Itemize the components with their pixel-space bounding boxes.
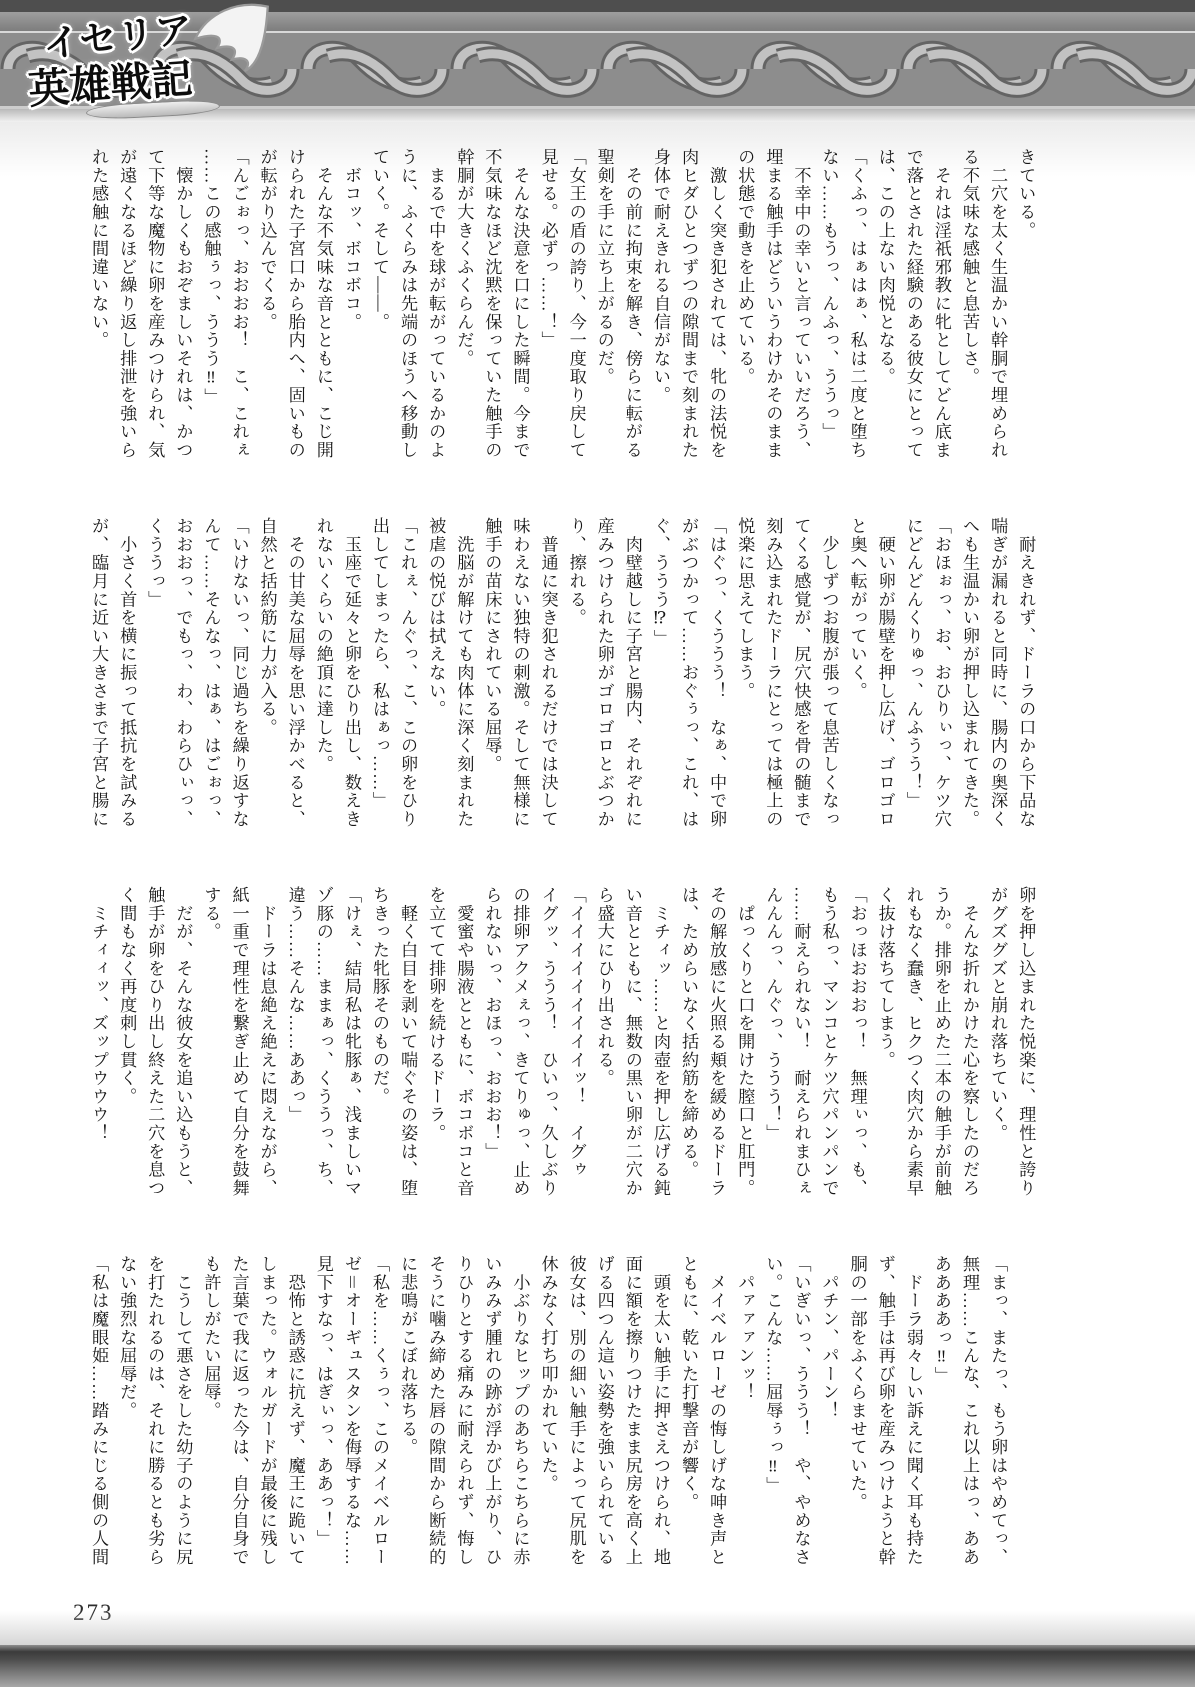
text-column: こうして悪さをした幼子のように尻 xyxy=(168,1255,196,1593)
text-column: を立てて排卵を続けるドーラ。 xyxy=(421,886,449,1224)
text-column: 「いけないっ、同じ過ちを繰り返すな xyxy=(224,517,252,855)
text-column: そんな決意を口にした瞬間。今まで xyxy=(505,148,533,486)
text-column: ぱっくりと口を開けた膣口と肛門。 xyxy=(730,886,758,1224)
text-column: うに、ふくらみは先端のほうへ移動し xyxy=(393,148,421,486)
text-column: 「まっ、またっ、もう卵はやめてっ、 xyxy=(983,1255,1011,1593)
text-column: 被虐の悦びは拭えない。 xyxy=(421,517,449,855)
text-column: だが、そんな彼女を追い込もうと、 xyxy=(168,886,196,1224)
text-band-4: 「まっ、またっ、もう卵はやめてっ、無理……こんな、これ以上はっ、ああああああっ‼… xyxy=(84,1255,1011,1593)
text-column: て下等な魔物に卵を産みつけられ、気 xyxy=(140,148,168,486)
text-column: 刻み込まれたドーラにとっては極上の xyxy=(758,517,786,855)
text-column: 肉ヒダひとつずつの隙間まで刻まれた xyxy=(674,148,702,486)
text-column: 少しずつお腹が張って息苦しくなっ xyxy=(814,517,842,855)
text-column: ドーラ弱々しい訴えに聞く耳も持た xyxy=(899,1255,927,1593)
text-column: ゾ豚の……ままぁっ、くううっ、ち、 xyxy=(309,886,337,1224)
text-column: 彼女は、別の細い触手によって尻肌を xyxy=(562,1255,590,1593)
text-column: その解放感に火照る頬を緩めるドーラ xyxy=(702,886,730,1224)
text-column: り、擦れる。 xyxy=(562,517,590,855)
text-column: 味わえない独特の刺激。そして無様に xyxy=(505,517,533,855)
text-column: 無理……こんな、これ以上はっ、ああ xyxy=(955,1255,983,1593)
text-column: くううっ」 xyxy=(140,517,168,855)
text-column: ていく。そして――。 xyxy=(365,148,393,486)
text-column: 「これぇ、んぐっ、こ、この卵をひり xyxy=(393,517,421,855)
text-column: 「けぇ、結局私は牝豚ぁ、浅ましいマ xyxy=(337,886,365,1224)
text-column: ……この感触ぅっ、ううう‼」 xyxy=(196,148,224,486)
text-column: る不気味な感触と息苦しさ。 xyxy=(955,148,983,486)
text-column: それは淫祇邪教に牝としてどん底ま xyxy=(927,148,955,486)
text-column: 身体で耐えきれる自信がない。 xyxy=(646,148,674,486)
text-column: 耐えきれず、ドーラの口から下品な xyxy=(1011,517,1039,855)
text-column: ボコッ、ボコボコ。 xyxy=(337,148,365,486)
text-column: もう私っ、マンコとケツ穴パンパンで xyxy=(814,886,842,1224)
text-column: 「女王の盾の誇り、今一度取り戻して xyxy=(562,148,590,486)
text-column: 「おっほおおおっ！ 無理ぃっ、も、 xyxy=(843,886,871,1224)
text-column: しまった。ウォルガードが最後に残し xyxy=(253,1255,281,1593)
text-column: メイベルローゼの悔しげな呻き声と xyxy=(702,1255,730,1593)
text-band-3: 卵を押し込まれた悦楽に、理性と誇りがグズグズと崩れ落ちていく。 そんな折れかけた… xyxy=(84,886,1039,1224)
text-column: 二穴を太く生温かい幹胴で埋められ xyxy=(983,148,1011,486)
text-column: 硬い卵が腸壁を押し広げ、ゴロゴロ xyxy=(871,517,899,855)
text-column: まるで中を球が転がっているかのよ xyxy=(421,148,449,486)
text-column: の状態で動きを止めている。 xyxy=(730,148,758,486)
text-column: 愛蜜や腸液とともに、ボコボコと音 xyxy=(449,886,477,1224)
text-column: 普通に突き犯されるだけでは決して xyxy=(534,517,562,855)
text-column: 紙一重で理性を繋ぎ止めて自分を鼓舞 xyxy=(224,886,252,1224)
text-column: い音とともに、無数の黒い卵が二穴か xyxy=(618,886,646,1224)
text-column: ない強烈な屈辱だ。 xyxy=(112,1255,140,1593)
text-column: その甘美な屈辱を思い浮かべると、 xyxy=(281,517,309,855)
text-column: が遠くなるほど繰り返し排泄を強いら xyxy=(112,148,140,486)
text-column: いみみず腫れの跡が浮かび上がり、ひ xyxy=(477,1255,505,1593)
text-column: そんな折れかけた心を察したのだろ xyxy=(955,886,983,1224)
text-column: 出してしまったら、私はぁっ……」 xyxy=(365,517,393,855)
text-column: も許しがたい屈辱。 xyxy=(196,1255,224,1593)
text-column: 見下すなっ、はぎぃっ、ああっ！」 xyxy=(309,1255,337,1593)
text-column: れた感触に間違いない。 xyxy=(84,148,112,486)
text-column: その前に拘束を解き、傍らに転がる xyxy=(618,148,646,486)
text-column: の排卵アクメぇっ、きてりゅっ、止め xyxy=(505,886,533,1224)
text-column: ……耐えられない！ 耐えられまひぇ xyxy=(786,886,814,1224)
text-column: く間もなく再度刺し貫く。 xyxy=(112,886,140,1224)
text-column: 「私は魔眼姫……踏みにじる側の人間 xyxy=(84,1255,112,1593)
text-column: 小さく首を横に振って抵抗を試みる xyxy=(112,517,140,855)
text-column: は、ためらいなく括約筋を締める。 xyxy=(674,886,702,1224)
text-column: んて……そんなっ、はぁ、はごぉっ、 xyxy=(196,517,224,855)
text-column: を打たれるのは、それに勝るとも劣ら xyxy=(140,1255,168,1593)
text-column: 「はぐっ、くううう！ なぁ、中で卵 xyxy=(702,517,730,855)
text-band-1: きている。 二穴を太く生温かい幹胴で埋められる不気味な感触と息苦しさ。 それは淫… xyxy=(84,148,1039,486)
text-column: に悲鳴がこぼれ落ちる。 xyxy=(393,1255,421,1593)
text-column: 玉座で延々と卵をひり出し、数えき xyxy=(337,517,365,855)
text-column: は、この上ない肉悦となる。 xyxy=(871,148,899,486)
text-band-2: 耐えきれず、ドーラの口から下品な喘ぎが漏れると同時に、腸内の奥深くへも生温かい卵… xyxy=(84,517,1039,855)
text-column: パチン、パーン！ xyxy=(814,1255,842,1593)
text-column: 「んごぉっ、おおおお！ こ、これぇ xyxy=(224,148,252,486)
text-column: ともに、乾いた打撃音が響く。 xyxy=(674,1255,702,1593)
text-column: おおおっ、でもっ、わ、わらひぃっ、 xyxy=(168,517,196,855)
text-column: 懐かしくもおぞましいそれは、かつ xyxy=(168,148,196,486)
text-column: ら盛大にひり出される。 xyxy=(590,886,618,1224)
text-column: ドーラは息絶え絶えに悶えながら、 xyxy=(253,886,281,1224)
text-column: 軽く白目を剥いて喘ぐその姿は、堕 xyxy=(393,886,421,1224)
text-column: ああああっ‼」 xyxy=(927,1255,955,1593)
text-column: けられた子宮口から胎内へ、固いもの xyxy=(281,148,309,486)
text-column: 休みなく打ち叩かれていた。 xyxy=(534,1255,562,1593)
text-column: ゼ＝オーギュスタンを侮辱するな…… xyxy=(337,1255,365,1593)
text-column: が、臨月に近い大きさまで子宮と腸に xyxy=(84,517,112,855)
text-column: うか。排卵を止めた二本の触手が前触 xyxy=(927,886,955,1224)
text-column: られないっ、おほっ、おおお！」 xyxy=(477,886,505,1224)
text-column: へも生温かい卵が押し込まれてきた。 xyxy=(955,517,983,855)
text-column: ず、触手は再び卵を産みつけようと幹 xyxy=(871,1255,899,1593)
text-column: れもなく蠢き、ヒクつく肉穴から素早 xyxy=(899,886,927,1224)
text-column: 違う……そんな……ああっ」 xyxy=(281,886,309,1224)
text-column: 幹胴が大きくふくらんだ。 xyxy=(449,148,477,486)
text-column: 卵を押し込まれた悦楽に、理性と誇り xyxy=(1011,886,1039,1224)
text-column: パァァァンッ！ xyxy=(730,1255,758,1593)
text-column: と奥へ転がっていく。 xyxy=(843,517,871,855)
text-column: 「くふっ、はぁはぁ、私は二度と堕ち xyxy=(843,148,871,486)
text-column: 見せる。必ずっ……！」 xyxy=(534,148,562,486)
text-column: がグズグズと崩れ落ちていく。 xyxy=(983,886,1011,1224)
text-column: 激しく突き犯されては、牝の法悦を xyxy=(702,148,730,486)
text-column: そんな不気味な音とともに、こじ開 xyxy=(309,148,337,486)
text-column: 胴の一部をふくらませていた。 xyxy=(843,1255,871,1593)
text-column: 触手の苗床にされている屈辱。 xyxy=(477,517,505,855)
text-column: 「いぎいっ、ううう！ や、やめなさ xyxy=(786,1255,814,1593)
text-column: ミチィィッ、ズップウウウ！ xyxy=(84,886,112,1224)
text-column: んんんっ、んぐっ、ううう！」 xyxy=(758,886,786,1224)
text-column: 「私を……くぅっ、このメイベルロー xyxy=(365,1255,393,1593)
text-column: きている。 xyxy=(1011,148,1039,486)
novel-page: イセリア 英雄戦記 きている。 二穴を太く生温かい幹胴で埋められる不気味な感触と… xyxy=(0,0,1195,1687)
text-column: 不気味なほど沈黙を保っていた触手の xyxy=(477,148,505,486)
text-column: 触手が卵をひり出し終えた二穴を息つ xyxy=(140,886,168,1224)
text-column: ちきった牝豚そのものだ。 xyxy=(365,886,393,1224)
text-column: げる四つん這い姿勢を強いられている xyxy=(590,1255,618,1593)
text-column: た言葉で我に返った今は、自分自身で xyxy=(224,1255,252,1593)
text-column: 恐怖と誘惑に抗えず、魔王に跪いて xyxy=(281,1255,309,1593)
text-column: 洗脳が解けても肉体に深く刻まれた xyxy=(449,517,477,855)
text-column: 面に額を擦りつけたまま尻房を高く上 xyxy=(618,1255,646,1593)
text-column: い。こんな……屈辱ぅっ‼」 xyxy=(758,1255,786,1593)
bottom-border xyxy=(0,1645,1195,1687)
text-column: 喘ぎが漏れると同時に、腸内の奥深く xyxy=(983,517,1011,855)
text-column: が転がり込んでくる。 xyxy=(253,148,281,486)
text-column: 自然と括約筋に力が入る。 xyxy=(253,517,281,855)
text-column: 不幸中の幸いと言っていいだろう、 xyxy=(786,148,814,486)
text-column: 産みつけられた卵がゴロゴロとぶつか xyxy=(590,517,618,855)
text-column: れないくらいの絶頂に達した。 xyxy=(309,517,337,855)
text-column: 聖剣を手に立ち上がるのだ。 xyxy=(590,148,618,486)
novel-text: きている。 二穴を太く生温かい幹胴で埋められる不気味な感触と息苦しさ。 それは淫… xyxy=(84,148,1041,1593)
text-column: 「おほぉっ、お、おひりぃっ、ケツ穴 xyxy=(927,517,955,855)
text-column: ミチィッ……と肉壺を押し広げる鈍 xyxy=(646,886,674,1224)
bottom-fade xyxy=(0,1611,1195,1645)
text-column: イグッ、ううう！ ひいっ、久しぶり xyxy=(534,886,562,1224)
text-column: がぶつかって……おぐぅっ、これ、は xyxy=(674,517,702,855)
text-column: する。 xyxy=(196,886,224,1224)
series-logo: イセリア 英雄戦記 xyxy=(28,2,278,124)
text-column: てくる感覚が、尻穴快感を骨の髄まで xyxy=(786,517,814,855)
text-column: りひりとする痛みに耐えられず、悔し xyxy=(449,1255,477,1593)
text-column: で落とされた経験のある彼女にとって xyxy=(899,148,927,486)
text-column: ない……もうっ、んふっ、ううっ」 xyxy=(814,148,842,486)
text-column: 小ぶりなヒップのあちらこちらに赤 xyxy=(505,1255,533,1593)
text-column: ぐ、ううう⁉」 xyxy=(646,517,674,855)
text-column: く抜け落ちてしまう。 xyxy=(871,886,899,1224)
text-column: そうに噛み締めた唇の隙間から断続的 xyxy=(421,1255,449,1593)
text-column: 頭を太い触手に押さえつけられ、地 xyxy=(646,1255,674,1593)
text-column: 「イイイイイイイイイッ！ イグゥ xyxy=(562,886,590,1224)
text-column: にどんどんくりゅっ、んふうう！」 xyxy=(899,517,927,855)
text-column: 悦楽に思えてしまう。 xyxy=(730,517,758,855)
text-column: 埋まる触手はどういうわけかそのまま xyxy=(758,148,786,486)
text-column: 肉壁越しに子宮と腸内、それぞれに xyxy=(618,517,646,855)
